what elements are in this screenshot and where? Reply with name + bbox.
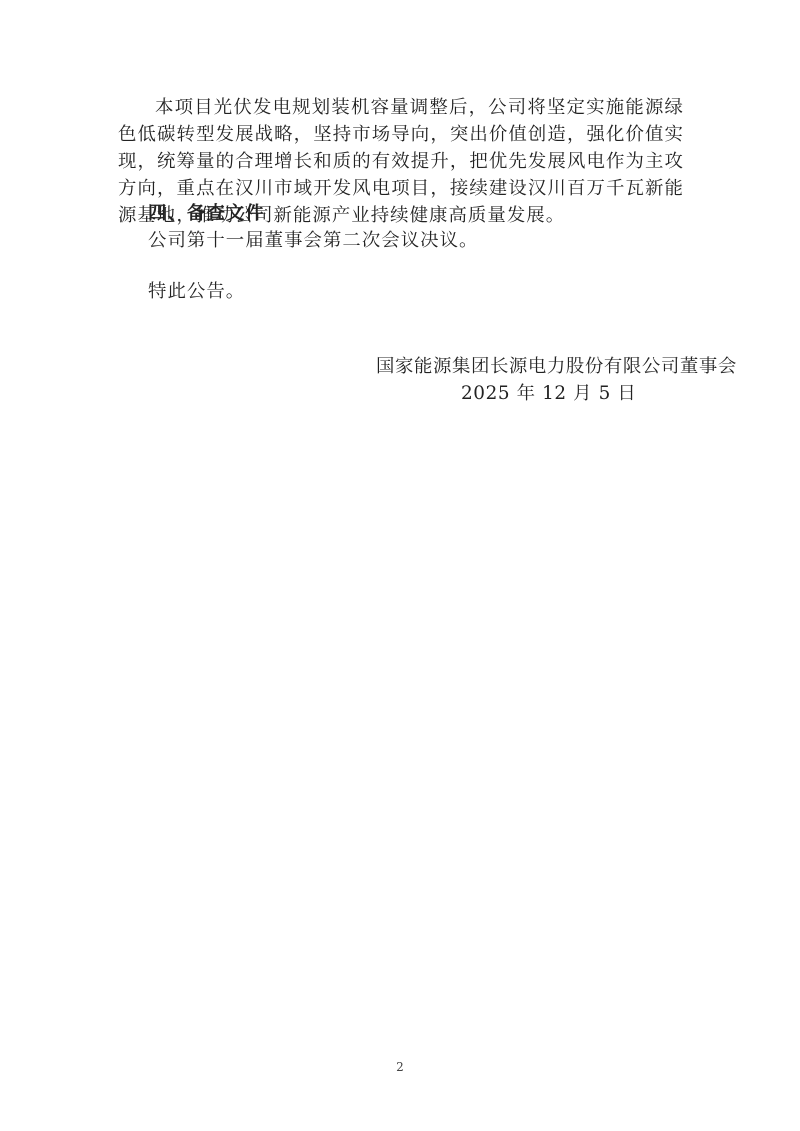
document-page: 本项目光伏发电规划装机容量调整后，公司将坚定实施能源绿色低碳转型发展战略，坚持市… [0, 0, 800, 1131]
section-heading-reference-documents: 四、备查文件 [148, 200, 265, 227]
page-number: 2 [0, 1060, 800, 1074]
signature-date: 2025 年 12 月 5 日 [461, 380, 636, 407]
signature-issuer: 国家能源集团长源电力股份有限公司董事会 [376, 353, 737, 380]
reference-document-item: 公司第十一届董事会第二次会议决议。 [148, 227, 479, 254]
closing-statement: 特此公告。 [148, 278, 245, 305]
